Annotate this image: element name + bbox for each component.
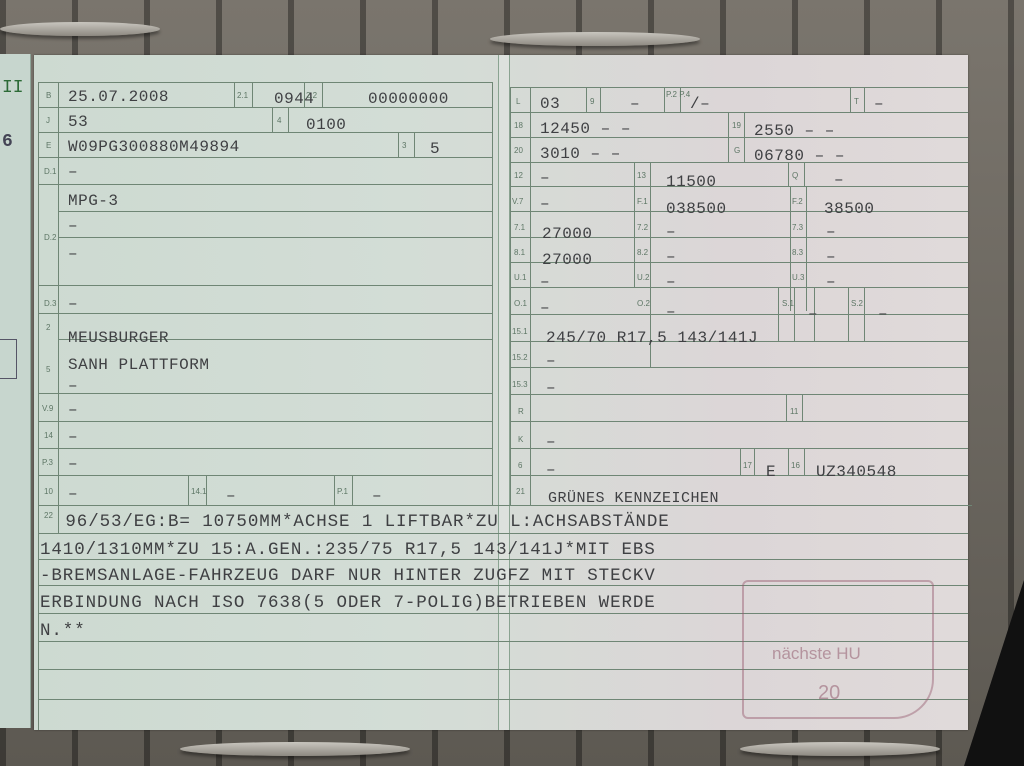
unbraked-trailer-load: – [666,303,676,321]
floor-ridge [740,742,940,756]
stamp-year: 20 [818,682,840,705]
label-12: 12 [514,171,523,180]
label-14: 14 [44,431,53,440]
permissible-axle-load-1: 27000 [542,251,593,269]
label-Q: Q [792,171,798,180]
label-O2: O.2 [637,299,650,308]
label-B: B [46,91,51,100]
length: 12450 – – [540,120,631,138]
max-technical-mass: 038500 [666,200,727,218]
standing-noise: – [540,273,550,291]
vin: W09PG300880M49894 [68,138,240,156]
page-mark-mid: 6 [2,132,13,152]
label-6: 6 [518,461,522,470]
label-T: T [854,97,859,106]
label-U1: U.1 [514,273,526,282]
label-U3: U.3 [792,273,804,282]
tank-volume: – [540,169,550,187]
label-S1: S.1 [782,299,794,308]
label-7-1: 7.1 [514,223,525,232]
power-weight-ratio: – [834,171,844,189]
label-17: 17 [743,461,752,470]
tires-axle-3: – [546,379,556,397]
brand: – [68,163,78,181]
label-10: 10 [44,487,53,496]
label-2-2: 2.2 [306,91,317,100]
dark-corner [964,580,1024,766]
axle-load-2: – [666,223,676,241]
label-V7: V.7 [512,197,523,206]
body-type: 0100 [306,116,346,134]
power-rpm: /– [690,95,710,113]
floor-ridge [490,32,700,46]
label-16: 16 [791,461,800,470]
label-D2: D.2 [44,233,56,242]
empty-mass: 06780 – – [754,147,845,165]
page-fold [498,55,510,730]
engine-capacity: – [372,487,382,505]
label-15-3: 15.3 [512,380,528,389]
label-15-1: 15.1 [512,327,528,336]
operating-permit: E [766,463,776,481]
label-7-2: 7.2 [637,223,648,232]
label-21: 21 [516,487,525,496]
height: 3010 – – [540,145,621,163]
type-code: 00000000 [368,90,449,108]
label-L: L [516,97,520,106]
label-22: 22 [44,511,53,520]
label-20: 20 [514,146,523,155]
axle-load-1: 27000 [542,225,593,243]
label-D3: D.3 [44,299,56,308]
tires-axle-1: 245/70 R17,5 143/141J [546,329,758,347]
vehicle-type-name: SANH PLATTFORM [68,356,209,374]
label-P3: P.3 [42,458,53,467]
label-P1: P.1 [337,487,348,496]
previous-page-strip: II 6 [0,54,31,728]
label-9: 9 [590,97,594,106]
page-mark-top: II [2,78,24,98]
type-approval-date: – [546,461,556,479]
label-O1: O.1 [514,299,527,308]
label-F1: F.1 [637,197,648,206]
other-notes: GRÜNES KENNZEICHEN [548,490,719,507]
emission-class: – [68,401,78,419]
driving-noise: – [826,273,836,291]
max-permissible-mass: 38500 [824,200,875,218]
vehicle-class: 53 [68,113,88,131]
max-speed: – [874,95,884,113]
seats: – [808,305,818,323]
remarks-line-2: 1410/1310MM*ZU 15:A.GEN.:235/75 R17,5 14… [40,540,656,560]
vehicle-type-name-2: – [68,377,78,395]
check-digit: 5 [430,140,440,158]
permissible-axle-load-3: – [826,248,836,266]
label-U2: U.2 [637,273,649,282]
braked-trailer-load: – [540,299,550,317]
type-approval-number: – [546,433,556,451]
label-15-2: 15.2 [512,353,528,362]
standing-places: – [878,305,888,323]
label-18: 18 [514,121,523,130]
width: 2550 – – [754,122,835,140]
label-8-1: 8.1 [514,248,525,257]
co2: – [540,195,550,213]
emission-code: – [226,487,236,505]
stamp-text: nächste HU [772,644,861,664]
label-F2: F.2 [792,197,803,206]
fuel-type: – [68,455,78,473]
label-D1: D.1 [44,167,56,176]
type-variant-1: – [68,217,78,235]
inspection-stamp: nächste HU 20 [742,580,934,719]
trade-name: – [68,295,78,313]
driven-axles: – [630,95,640,113]
floor-ridge [0,22,160,36]
label-S2: S.2 [851,299,863,308]
page-box [0,339,17,379]
label-V9: V.9 [42,404,53,413]
axles: 03 [540,95,560,113]
floor-ridge [180,742,410,756]
axle-load-3: – [826,223,836,241]
remarks-line-3: -BREMSANLAGE-FAHRZEUG DARF NUR HINTER ZU… [40,566,656,586]
remarks-line-1: 96/53/EG:B= 10750MM*ACHSE 1 LIFTBAR*ZU L… [54,512,670,532]
type-variant-2: – [68,245,78,263]
engine-rpm-noise: – [666,273,676,291]
label-K: K [518,435,523,444]
label-4: 4 [277,116,281,125]
label-2-1: 2.1 [237,91,248,100]
label-2: 2 [46,323,50,332]
registration-document: B 25.07.2008 2.1 0944 2.2 00000000 J 53 … [34,55,968,730]
remarks-line-4: ERBINDUNG NACH ISO 7638(5 ODER 7-POLIG)B… [40,593,656,613]
label-13: 13 [637,171,646,180]
label-P2-P4: P.2 P.4 [666,91,690,99]
label-J: J [46,116,50,125]
label-7-3: 7.3 [792,223,803,232]
brand-model: MPG-3 [68,192,119,210]
support-load: 11500 [666,173,717,191]
permissible-axle-load-2: – [666,248,676,266]
certificate-number: UZ340548 [816,463,897,481]
first-registration-date: 25.07.2008 [68,88,169,106]
remarks-line-5: N.** [40,621,86,641]
label-5: 5 [46,365,50,374]
manufacturer-name: MEUSBURGER [68,329,169,347]
label-G: G [734,146,740,155]
label-8-2: 8.2 [637,248,648,257]
label-R: R [518,407,524,416]
tires-axle-2: – [546,352,556,370]
emission-directive: – [68,428,78,446]
label-8-3: 8.3 [792,248,803,257]
label-3: 3 [402,141,406,150]
label-14-1: 14.1 [191,487,207,496]
label-E: E [46,141,51,150]
label-19: 19 [732,121,741,130]
label-11: 11 [790,407,798,416]
fuel-code: – [68,485,78,503]
